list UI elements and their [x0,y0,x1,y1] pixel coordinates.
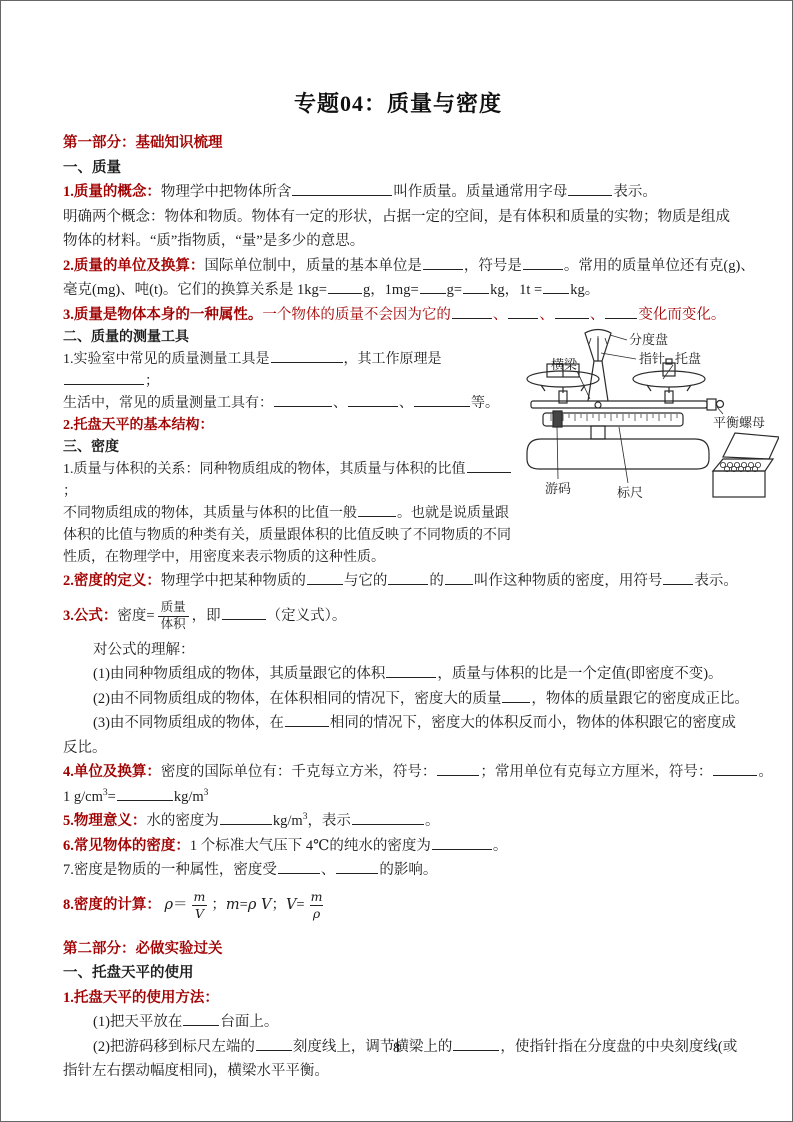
text-run: 对公式的理解： [93,642,195,658]
blank-field [183,1022,219,1026]
text-run: 不同物质组成的物体，其质量与体积的比值一般 [63,506,357,521]
text-run: 5.物理意义： [63,813,146,829]
para-density-units: 4.单位及换算：密度的国际单位有：千克每立方米，符号：；常用单位有克每立方厘米，… [63,760,733,785]
text-run: V [286,897,296,913]
text-run: kg。 [570,282,599,298]
label-ruler: 标尺 [617,485,643,500]
text-run: kg/m [174,789,204,805]
text-run: 、 [333,396,347,411]
text-run: ，其工作原理是 [344,352,442,367]
text-run: kg/m [273,813,303,829]
document-body: 专题04：质量与密度 第一部分：基础知识梳理一、质量1.质量的概念：物理学中把物… [63,87,733,1084]
weights-in-box [720,462,760,471]
blank-field [292,192,392,196]
text-run: 体积的比值与物质的种类有关，质量跟体积的比值反映了不同物质的不同 [63,528,511,543]
text-run: 叫作这种物质的密度，用符号 [474,573,663,589]
label-rider: 游码 [545,481,571,496]
rider-shape [553,411,562,427]
fraction-numerator: 质量 [158,600,189,616]
balance-nut-knob [717,401,724,408]
center-support [591,426,605,439]
blank-field [445,581,473,585]
text-run: 1 个标准大气压下 4℃的纯水的密度为 [190,838,431,854]
text-run: 8.密度的计算： [63,897,161,913]
text-run: 的 [429,573,444,589]
text-run: (1)由同种物质组成的物体，其质量跟它的体积 [93,666,385,682]
text-run: 生活中，常见的质量测量工具有： [63,396,273,411]
text-run: 国际单位制中，质量的基本单位是 [204,258,422,274]
blank-field [388,581,428,585]
text-run: ，即 [192,608,221,624]
text-run: ； [271,897,286,913]
blank-field [336,870,378,874]
para-understanding-3b: 反比。 [63,736,733,761]
blank-field [222,616,266,620]
para-understanding-2: (2)由不同物质组成的物体，在体积相同的情况下，密度大的质量，物体的质量跟它的密… [63,687,733,712]
blank-field [420,290,446,294]
weights-box-lid [723,433,779,459]
blank-field [117,797,173,801]
text-run: 物体的材料。“质”指物质，“量”是多少的意思。 [63,233,364,249]
text-run: 物理学中把某种物质的 [161,573,306,589]
text-run: 与它的 [344,573,388,589]
text-run: 表示。 [613,184,657,200]
text-run: 。也就是说质量跟 [397,506,509,521]
blank-field [328,290,362,294]
para-mv-relation-1: 1.质量与体积的关系：同种物质组成的物体，其质量与体积的比值； [63,459,517,503]
text-run: = [108,789,116,805]
text-run: 水的密度为 [146,813,219,829]
right-pan [633,371,705,387]
text-run: 台面上。 [220,1014,278,1030]
text-run: 一、质量 [63,160,121,176]
heading-part2: 第二部分：必做实验过关 [63,937,733,962]
balance-diagram: 分度盘 指针 托盘 横梁 平衡螺母 游码 标尺 [517,317,779,503]
para-formula-understanding: 对公式的理解： [63,638,733,663]
blank-field [523,266,563,270]
text-run: ，质量与体积的比是一个定值(即密度不变)。 [437,666,722,682]
text-run: (3)由不同物质组成的物体，在 [93,715,284,731]
fraction-numerator: m [191,889,209,905]
heading-measure-tools: 二、质量的测量工具 [63,327,517,349]
text-run: 2.托盘天平的基本结构： [63,418,214,433]
text-run: 。 [425,813,440,829]
text-run: 、 [493,307,508,323]
text-run: 。 [493,838,508,854]
text-run: 2.密度的定义： [63,573,161,589]
fraction: mV [191,889,209,921]
label-pan: 托盘 [675,351,701,366]
fraction-denominator: V [192,905,207,922]
para-life-tools: 生活中，常见的质量测量工具有：、、等。 [63,393,517,415]
blank-field [285,723,329,727]
base [527,439,709,469]
text-run: ρ V [248,897,272,913]
blank-field [386,674,436,678]
blank-field [414,403,470,407]
text-run: 的影响。 [379,862,437,878]
text-run: ； [211,897,226,913]
fraction: 质量体积 [158,600,189,632]
page-title: 专题04：质量与密度 [63,87,733,118]
para-density-property: 7.密度是物质的一种属性，密度受、的影响。 [63,858,733,883]
blank-field [663,581,693,585]
para-mv-relation-4: 性质，在物理学中，用密度来表示物质的这种性质。 [63,547,517,569]
text-run: 指针左右摆动幅度相同)，横梁水平平衡。 [63,1063,329,1079]
heading-balance-use: 一、托盘天平的使用 [63,961,733,986]
text-run: 第二部分：必做实验过关 [63,941,223,957]
blank-field [278,870,320,874]
text-run: 4.单位及换算： [63,764,161,780]
para-density-definition: 2.密度的定义：物理学中把某种物质的与它的的叫作这种物质的密度，用符号表示。 [63,569,733,594]
text-run: m [226,897,240,913]
fraction: mρ [308,889,326,921]
text-run: 密度= [117,608,154,624]
text-run: (2)由不同物质组成的物体，在体积相同的情况下，密度大的质量 [93,691,501,707]
text-run: ；常用单位有克每立方厘米，符号： [480,764,712,780]
balance-nut-shape [707,399,716,410]
text-run: = [240,897,248,913]
blank-field [568,192,612,196]
text-run: ，表示 [307,813,351,829]
para-density-calculation: 8.密度的计算： ρ＝mV；m=ρ V；V=mρ [63,883,733,927]
para-two-concepts-1: 明确两个概念：物体和物质。物体有一定的形状，占据一定的空间，是有体积和质量的实物… [63,205,733,230]
blank-field [423,266,463,270]
label-graduation-plate: 分度盘 [629,332,668,347]
fraction-denominator: 体积 [158,616,189,633]
para-common-density: 6.常见物体的密度：1 个标准大气压下 4℃的纯水的密度为。 [63,834,733,859]
heading-mass: 一、质量 [63,156,733,181]
fraction-denominator: ρ [310,905,323,922]
text-run: 密度的国际单位有：千克每立方米，符号： [161,764,437,780]
text-run: 、 [321,862,336,878]
para-physical-meaning: 5.物理意义：水的密度为kg/m3，表示。 [63,809,733,834]
text-run: g，1mg= [363,282,419,298]
blank-field [348,403,398,407]
blank-field [463,290,489,294]
para-mv-relation-3: 体积的比值与物质的种类有关，质量跟体积的比值反映了不同物质的不同 [63,525,517,547]
text-run: 1.实验室中常见的质量测量工具是 [63,352,270,367]
blank-field [358,513,396,517]
beam-bar [531,401,707,408]
text-run: 。 [758,764,773,780]
text-run: 明确两个概念：物体和物质。物体有一定的形状，占据一定的空间，是有体积和质量的实物… [63,209,730,225]
text-run: (1)把天平放在 [93,1014,182,1030]
text-run: 一、托盘天平的使用 [63,965,194,981]
text-run: 二、质量的测量工具 [63,330,189,345]
blank-field [543,290,569,294]
text-run: 1.质量与体积的关系：同种物质组成的物体，其质量与体积的比值 [63,462,466,477]
text-run: 3.质量是物体本身的一种属性。 [63,307,262,323]
para-method-2b: 指针左右摆动幅度相同)，横梁水平平衡。 [63,1059,733,1084]
para-balance-structure: 2.托盘天平的基本结构： [63,415,517,437]
para-mv-relation-2: 不同物质组成的物体，其质量与体积的比值一般。也就是说质量跟 [63,503,517,525]
para-mass-units-1: 2.质量的单位及换算：国际单位制中，质量的基本单位是，符号是。常用的质量单位还有… [63,254,733,279]
label-balance-nut: 平衡螺母 [713,415,765,430]
blank-field [352,821,424,825]
text-run: 6.常见物体的密度： [63,838,190,854]
blank-field [437,772,479,776]
text-run: 、 [399,396,413,411]
text-run: 1.托盘天平的使用方法： [63,990,219,1006]
blank-field [64,381,144,385]
blank-field [274,403,332,407]
weights-box-front [713,471,765,497]
text-run: 3.公式： [63,608,117,624]
weights-box-top [713,459,773,471]
para-two-concepts-2: 物体的材料。“质”指物质，“量”是多少的意思。 [63,229,733,254]
text-run: 三、密度 [63,440,119,455]
heading-balance-method: 1.托盘天平的使用方法： [63,986,733,1011]
text-run: = [296,897,304,913]
blank-field [502,699,530,703]
label-pointer: 指针 [639,351,665,366]
text-run: 叫作质量。质量通常用字母 [393,184,567,200]
blank-field [713,772,757,776]
text-run: kg，1t = [490,282,542,298]
text-run: ρ [165,897,174,913]
text-run: 2.质量的单位及换算： [63,258,204,274]
pivot [595,402,601,408]
para-mass-concept: 1.质量的概念：物理学中把物体所含叫作质量。质量通常用字母表示。 [63,180,733,205]
text-run: 等。 [471,396,499,411]
blank-field [432,846,492,850]
text-run: 一个物体的质量不会因为它的 [262,307,451,323]
para-understanding-1: (1)由同种物质组成的物体，其质量跟它的体积，质量与体积的比是一个定值(即密度不… [63,662,733,687]
text-run: 1.质量的概念： [63,184,161,200]
blank-field [271,359,343,363]
text-run: ； [63,484,77,499]
text-run: 1 g/cm [63,789,103,805]
heading-part1: 第一部分：基础知识梳理 [63,131,733,156]
text-run: ＝ [173,897,188,913]
blank-field [307,581,343,585]
text-run: ，物体的质量跟它的密度成正比。 [531,691,749,707]
blank-field [467,469,511,473]
text-run: 物理学中把物体所含 [161,184,292,200]
text-run: 相同的情况下，密度大的体积反而小，物体的体积跟它的密度成 [330,715,736,731]
blank-field [452,315,492,319]
text-run: 第一部分：基础知识梳理 [63,135,223,151]
worksheet-page: 专题04：质量与密度 第一部分：基础知识梳理一、质量1.质量的概念：物理学中把物… [0,0,793,1122]
para-method-1: (1)把天平放在台面上。 [63,1010,733,1035]
text-run: 。常用的质量单位还有克(g)、 [564,258,755,274]
ruler-bar [543,413,683,426]
text-run: 毫克(mg)、吨(t)。它们的换算关系是 1kg= [63,282,327,298]
text-run: 3 [204,788,209,798]
page-number: 8 [1,1041,792,1057]
para-mass-units-2: 毫克(mg)、吨(t)。它们的换算关系是 1kg=g，1mg=g=kg，1t =… [63,278,733,303]
text-run: 7.密度是物质的一种属性，密度受 [63,862,277,878]
heading-density: 三、密度 [63,437,517,459]
para-density-formula: 3.公式：密度=质量体积，即（定义式）。 [63,594,733,638]
para-understanding-3: (3)由不同物质组成的物体，在相同的情况下，密度大的体积反而小，物体的体积跟它的… [63,711,733,736]
label-beam: 横梁 [551,357,578,372]
text-run: （定义式）。 [267,608,347,624]
text-run: ，符号是 [464,258,522,274]
text-run: 表示。 [694,573,738,589]
text-run: g= [447,282,462,298]
fraction-numerator: m [308,889,326,905]
text-run: ； [145,374,159,389]
text-run: 反比。 [63,740,107,756]
para-unit-conversion: 1 g/cm3=kg/m3 [63,785,733,810]
ruler-ticks [551,414,677,421]
para-lab-tools: 1.实验室中常见的质量测量工具是，其工作原理是； [63,349,517,393]
text-run: 性质，在物理学中，用密度来表示物质的这种性质。 [63,550,385,565]
blank-field [220,821,272,825]
